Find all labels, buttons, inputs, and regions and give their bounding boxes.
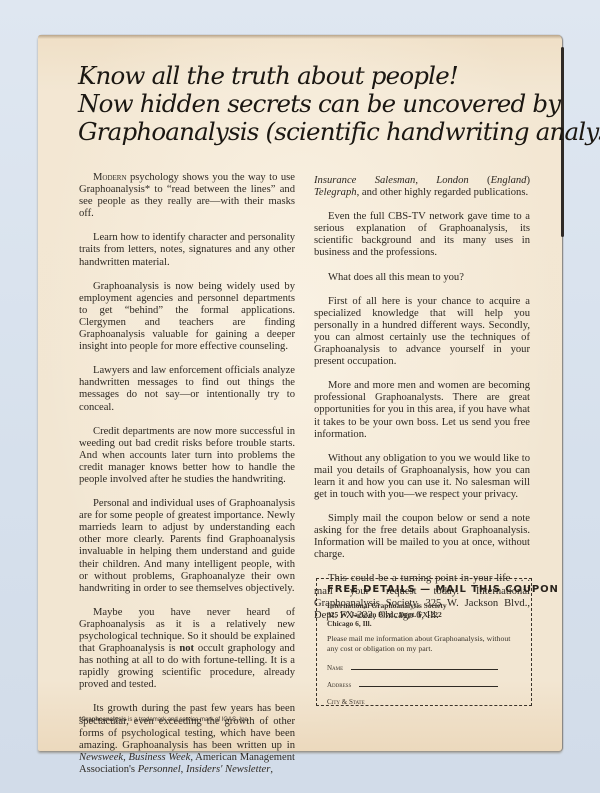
coupon-title: FREE DETAILS — MAIL THIS COUPON: [327, 584, 522, 595]
city-state-field[interactable]: City & State: [327, 696, 522, 706]
paragraph-professional: More and more men and women are becoming…: [314, 380, 530, 440]
headline-line-1: Know all the truth about people!: [78, 62, 538, 90]
right-column: Insurance Salesman, London (England) Tel…: [314, 175, 530, 634]
handwritten-headline: Know all the truth about people! Now hid…: [78, 62, 538, 146]
paragraph-mail-coupon: Simply mail the coupon below or send a n…: [314, 513, 530, 561]
paragraph-publications: Insurance Salesman, London (England) Tel…: [314, 175, 530, 199]
coupon-request-text: Please mail me information about Graphoa…: [327, 634, 522, 653]
paragraph-chance: First of all here is your chance to acqu…: [314, 296, 530, 369]
paragraph-lawyers: Lawyers and law enforcement officials an…: [79, 365, 295, 413]
name-label: Name: [327, 664, 343, 672]
trademark-footnote: *Graphoanalysis is a trademark and servi…: [79, 717, 299, 723]
mail-coupon: FREE DETAILS — MAIL THIS COUPON Internat…: [316, 578, 532, 706]
address-label: Address: [327, 681, 351, 689]
paragraph-credit: Credit departments are now more successf…: [79, 426, 295, 486]
address-field[interactable]: Address: [327, 679, 522, 689]
paragraph-cbs: Even the full CBS-TV network gave time t…: [314, 211, 530, 259]
name-line[interactable]: [351, 669, 498, 670]
paragraph-identify: Learn how to identify character and pers…: [79, 232, 295, 268]
address-line[interactable]: [359, 686, 498, 687]
headline-line-3: Graphoanalysis (scientific handwriting a…: [78, 118, 538, 146]
paragraph-intro: Modern psychology shows you the way to u…: [79, 172, 295, 220]
lead-word: Modern: [93, 172, 127, 183]
coupon-address: International Graphoanalysis Society 325…: [327, 601, 522, 628]
left-column: Modern psychology shows you the way to u…: [79, 172, 295, 788]
paragraph-growth: Its growth during the past few years has…: [79, 703, 295, 776]
paragraph-question: What does all this mean to you?: [314, 272, 530, 284]
city-state-label: City & State: [327, 698, 365, 706]
paragraph-obligation: Without any obligation to you we would l…: [314, 453, 530, 501]
name-field[interactable]: Name: [327, 662, 522, 672]
headline-line-2: Now hidden secrets can be uncovered by: [78, 90, 538, 118]
paragraph-employment: Graphoanalysis is now being widely used …: [79, 281, 295, 354]
paragraph-personal-uses: Personal and individual uses of Graphoan…: [79, 498, 295, 595]
paragraph-new-technique: Maybe you have never heard of Graphoanal…: [79, 607, 295, 692]
